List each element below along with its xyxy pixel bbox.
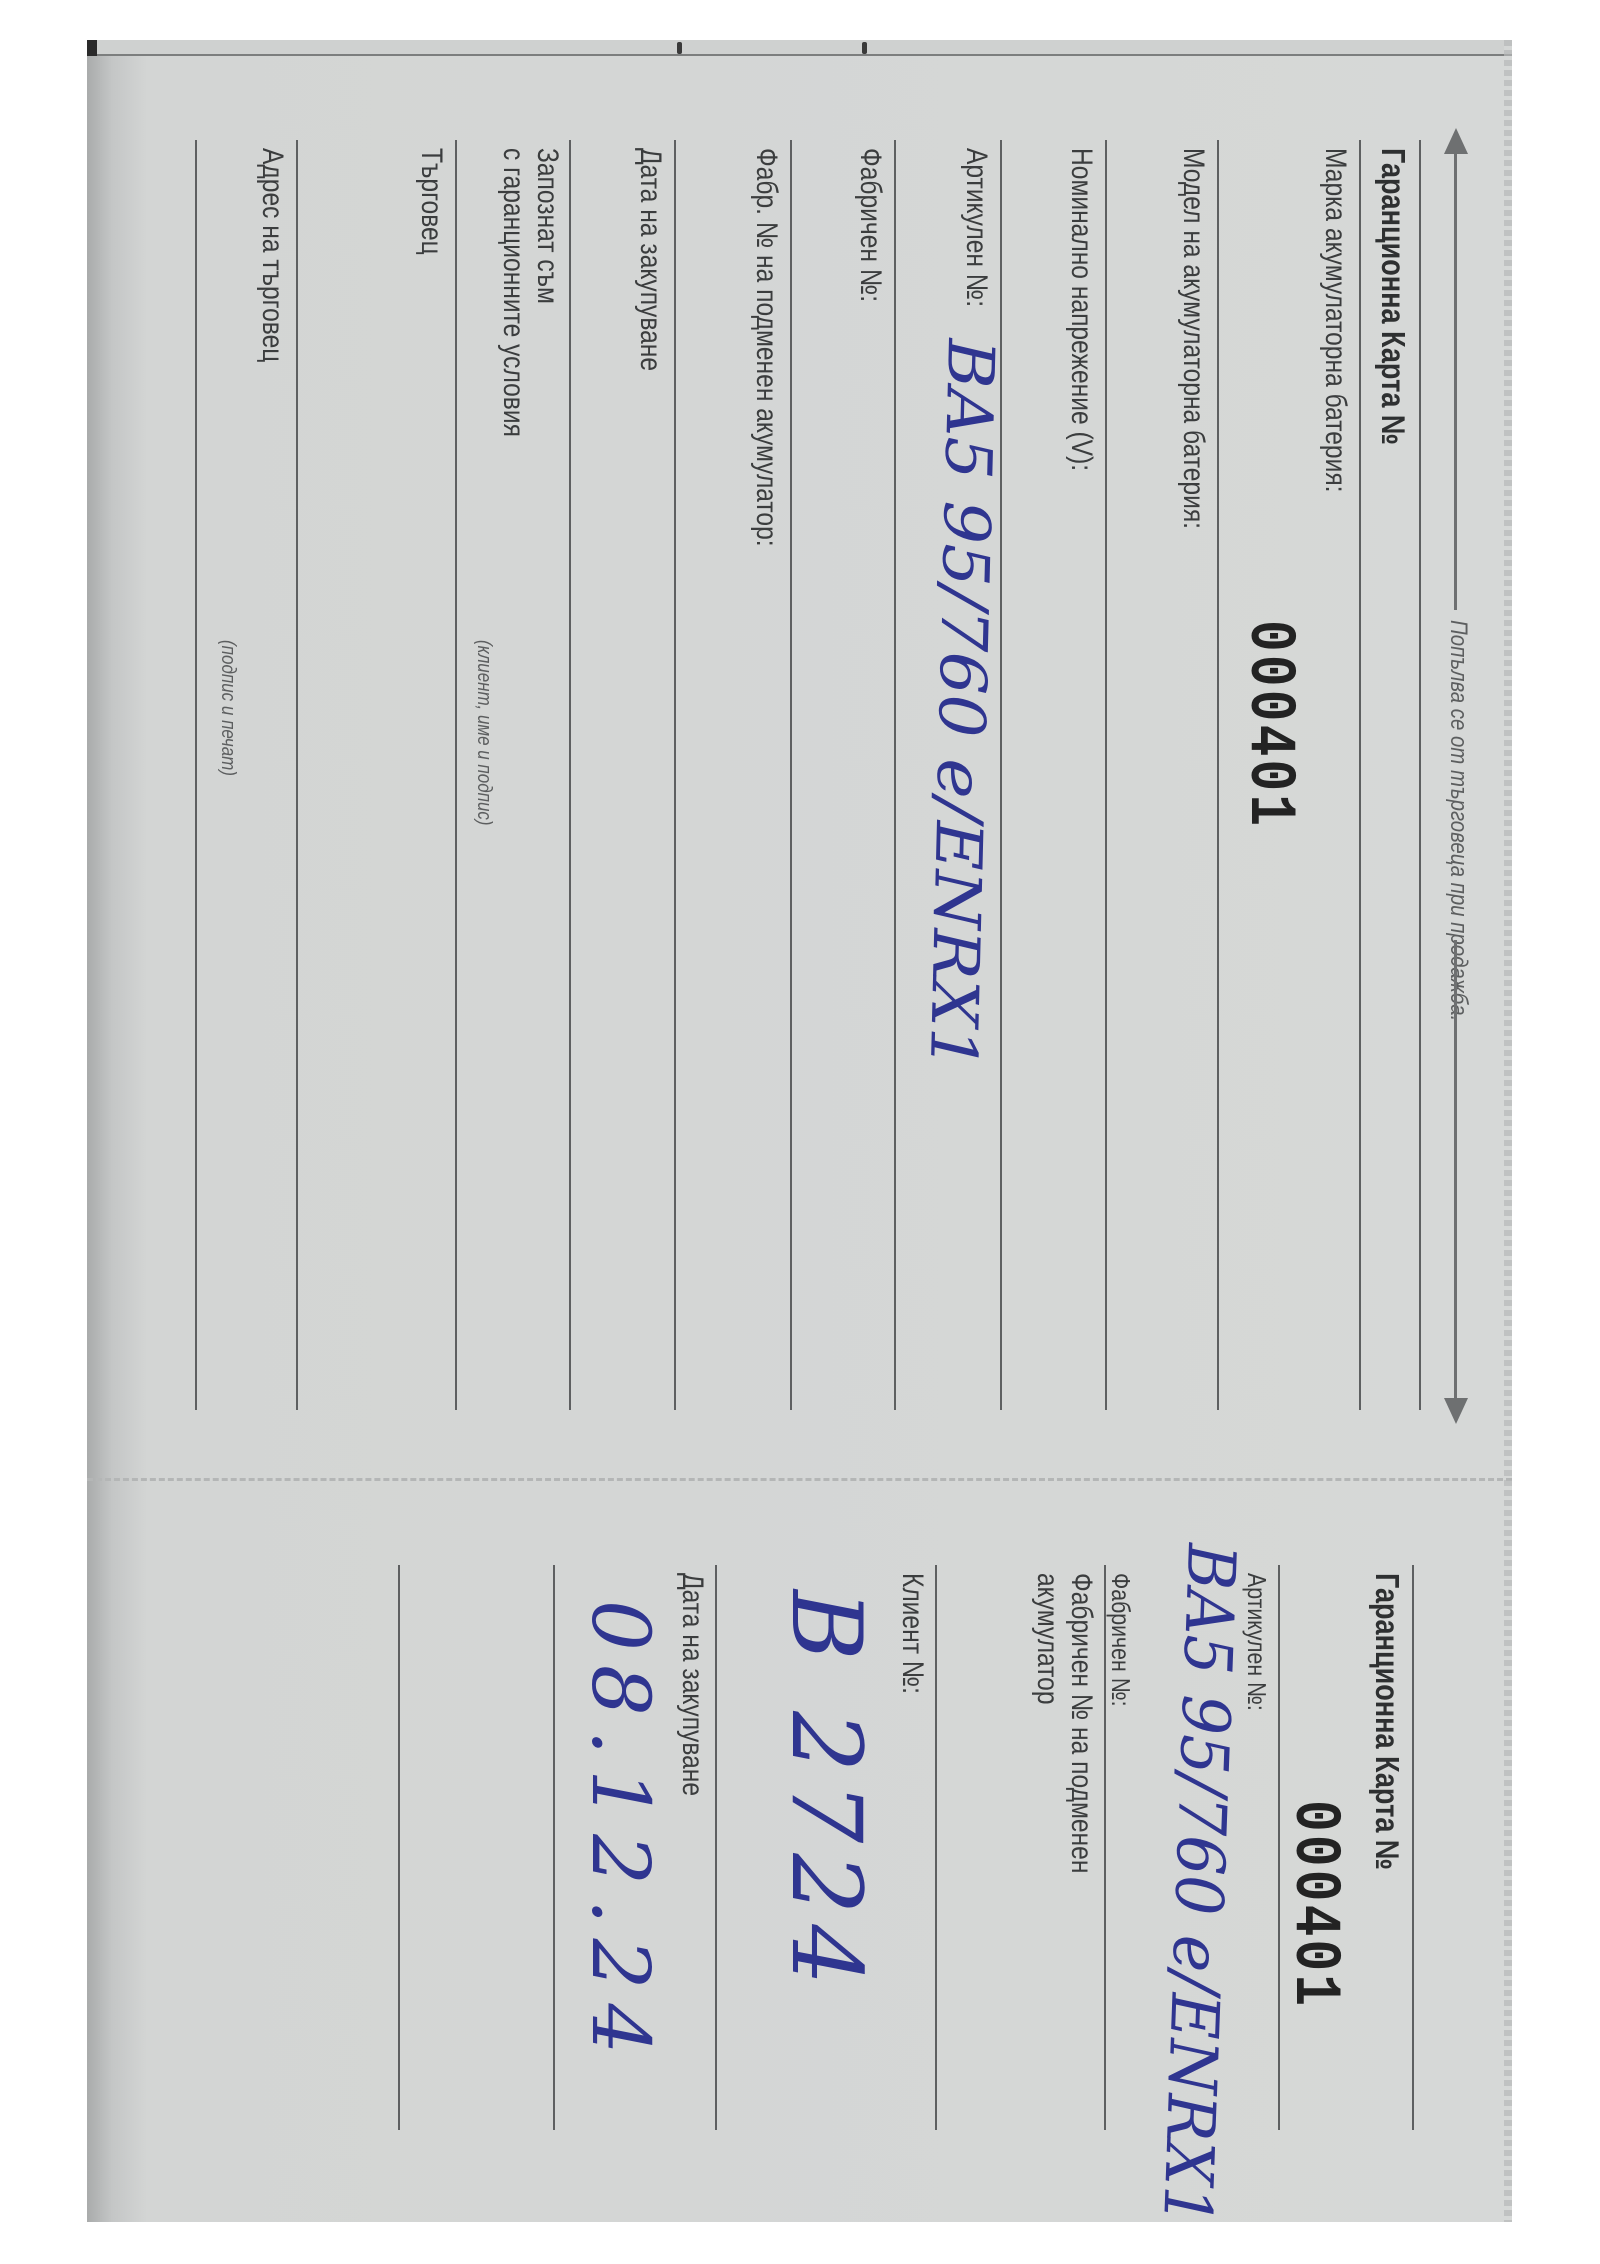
row-divider [1000, 140, 1002, 1410]
fill-instruction: Попълва се от търговеца при продажба. [1444, 620, 1472, 1021]
row-divider [1105, 140, 1107, 1410]
row-divider [790, 140, 792, 1410]
row-divider [1359, 140, 1361, 1410]
stub-label-replaced-1: Фабричен № на подменен [1064, 1573, 1098, 1873]
field-label-article: Артикулен №: [959, 148, 993, 307]
arrow-line [1454, 150, 1457, 610]
field-label-brand: Марка акумулаторна батерия: [1318, 148, 1352, 493]
tear-off-line [87, 1478, 1512, 1481]
row-divider [1217, 140, 1219, 1410]
stub-value-article: BA5 95/760 e/ENRX1 [1148, 1542, 1250, 2222]
stub-divider [553, 1565, 555, 2130]
row-divider [894, 140, 896, 1410]
row-divider [296, 140, 298, 1410]
stub-label-replaced-2: акумулатор [1030, 1573, 1064, 1705]
stub-value-client: B 2724 [770, 1590, 882, 1995]
row-divider [455, 140, 457, 1410]
card-number-stamp: 000401 [1232, 620, 1307, 829]
arrow-right-icon [1444, 1398, 1468, 1424]
row-divider [569, 140, 571, 1410]
field-label-model: Модел на акумулаторна батерия: [1176, 148, 1210, 529]
warranty-card-photo: Попълва се от търговеца при продажба. Га… [87, 40, 1512, 2222]
stub-label-purchase-date: Дата на закупуване [675, 1573, 709, 1796]
arrow-line [1454, 940, 1457, 1400]
stub-title: Гаранционна Карта № [1368, 1573, 1406, 1870]
stub-divider [398, 1565, 400, 2130]
hint-client-signature: (клиент, име и подпис) [472, 640, 495, 826]
field-label-replaced-serial: Фабр. № на подменен акумулатор: [749, 148, 783, 547]
field-label-merchant: Търговец [414, 148, 448, 255]
rotated-sheet: Попълва се от търговеца при продажба. Га… [87, 40, 1512, 2222]
stub-divider [1104, 1565, 1106, 2130]
row-divider [1419, 140, 1421, 1410]
field-label-voltage: Номинално напрежение (V): [1064, 148, 1098, 471]
stub-label-client: Клиент №: [895, 1573, 929, 1694]
field-label-serial: Фабричен №: [853, 148, 887, 302]
row-divider [195, 140, 197, 1410]
card-title: Гаранционна Карта № [1374, 148, 1412, 445]
stub-divider [715, 1565, 717, 2130]
stub-divider [1412, 1565, 1414, 2130]
stub-divider [1278, 1565, 1280, 2130]
field-label-purchase-date: Дата на закупуване [633, 148, 667, 371]
stub-divider [935, 1565, 937, 2130]
field-label-acknowledge-1: Запознат съм [530, 148, 564, 304]
hint-signature-stamp: (подпис и печат) [216, 640, 239, 776]
field-label-merchant-address: Адрес на търговец [255, 148, 289, 362]
stub-card-number-stamp: 000401 [1277, 1800, 1352, 2009]
stub-label-serial: Фабричен №: [1105, 1573, 1136, 1707]
stub-value-purchase-date: 08.12.24 [574, 1600, 667, 2068]
row-divider [674, 140, 676, 1410]
field-value-article: BA5 95/760 e/ENRX1 [915, 338, 1007, 1071]
field-label-acknowledge-2: с гаранционните условия [496, 148, 530, 437]
